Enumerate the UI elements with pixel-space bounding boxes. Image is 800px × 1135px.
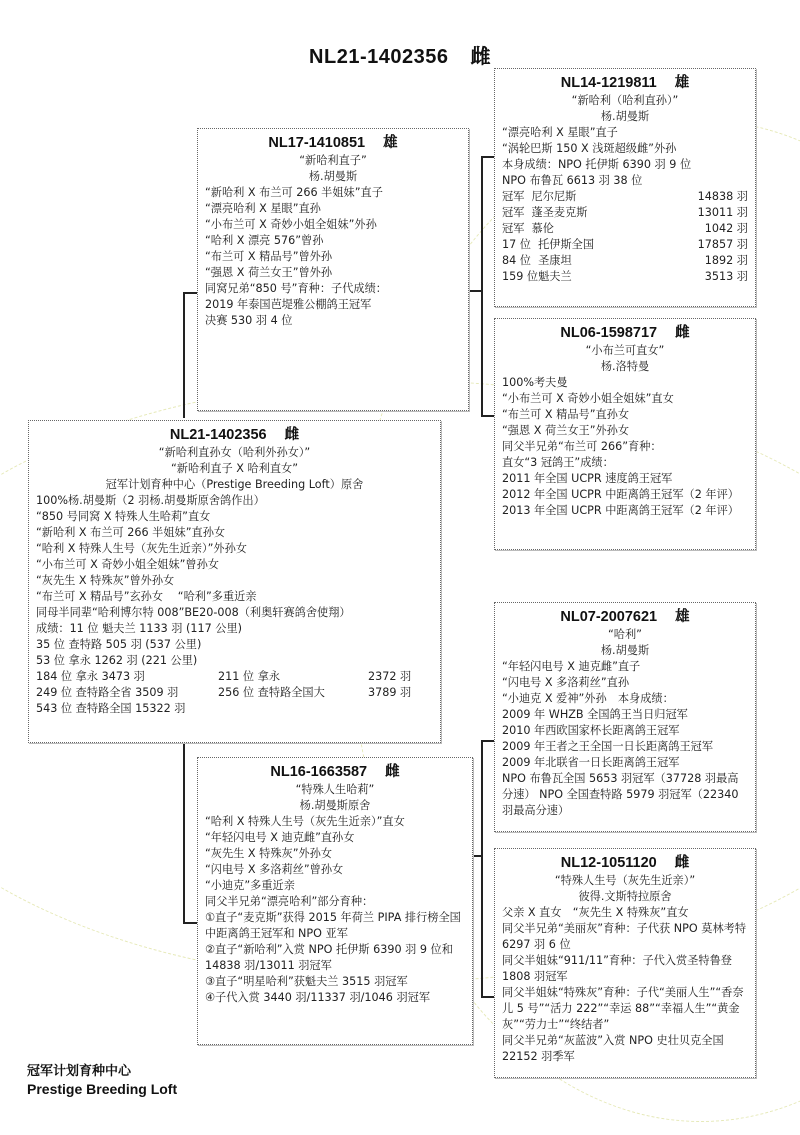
pedigree-card-dam: NL16-1663587雌 “特殊人生哈莉” 杨.胡曼斯原舍 “哈利 X 特殊人…: [197, 757, 473, 1045]
sex-label: 雄: [675, 609, 690, 625]
pedigree-line: 同父半姐妹“特殊灰”育种：子代“美丽人生”“香奈儿 5 号”“活力 222”“幸…: [502, 985, 748, 1033]
pedigree-line: 同父半兄弟“灰蓝波”入赏 NPO 史壮贝克全国 22152 羽季军: [502, 1033, 748, 1065]
ring-number: NL06-1598717: [560, 325, 657, 341]
connector-line: [481, 740, 494, 742]
result-line: 53 位 拿永 1262 羽 (221 公里): [36, 653, 433, 669]
connector-line: [481, 156, 483, 416]
pedigree-line: 100%考夫曼: [502, 375, 748, 391]
ring-number: NL12-1051120: [561, 855, 657, 871]
result-row: 249 位 查特路全省 3509 羽256 位 查特路全国大3789 羽: [36, 685, 433, 701]
pedigree-line: 同母半同辈“哈利博尔特 008”BE20-008（利奥轩赛鸽舍使翔）: [36, 605, 433, 621]
footer-logo-text: 冠军计划育种中心 Prestige Breeding Loft: [27, 1063, 177, 1099]
pedigree-line: “强恩 X 荷兰女王”曾外孙: [205, 265, 461, 281]
pedigree-line: “布兰可 X 精品号”直孙女: [502, 407, 748, 423]
connector-line: [481, 415, 494, 417]
sex-label: 雄: [675, 75, 690, 91]
breeder: 杨.洛特曼: [502, 359, 748, 375]
sex-label: 雌: [675, 855, 690, 871]
result-row: 84 位 圣康坦1892 羽: [502, 253, 748, 269]
pedigree-card-dam-sire: NL07-2007621雄 “哈利” 杨.胡曼斯 “年轻闪电号 X 迪克雌”直子…: [494, 602, 756, 832]
pedigree-line: “闪电号 X 多洛莉丝”曾孙女: [205, 862, 465, 878]
pedigree-line: ①直子“麦克斯”获得 2015 年荷兰 PIPA 排行榜全国中距离鸽王冠军和 N…: [205, 910, 465, 942]
sex-label: 雄: [383, 135, 398, 151]
pedigree-line: “小布兰可 X 奇妙小姐全姐妹”直女: [502, 391, 748, 407]
pedigree-line: “布兰可 X 精品号”玄孙女 “哈利”多重近亲: [36, 589, 433, 605]
pedigree-card-dam-dam: NL12-1051120雌 “特殊人生号（灰先生近亲）” 彼得.文斯特拉原舍 父…: [494, 848, 756, 1078]
connector-line: [183, 922, 197, 924]
connector-line: [481, 156, 494, 158]
pedigree-line: 同父半兄弟“漂亮哈利”部分育种：: [205, 894, 465, 910]
pedigree-line: “新哈利 X 布兰可 266 半姐妹”直孙女: [36, 525, 433, 541]
pedigree-line: 2010 年西欧国家杯长距离鸽王冠军: [502, 723, 748, 739]
pedigree-line: 2009 年北联省一日长距离鸽王冠军: [502, 755, 748, 771]
footer-name-zh: 冠军计划育种中心: [27, 1063, 177, 1080]
result-row: 冠军 慕伦1042 羽: [502, 221, 748, 237]
pedigree-line: “漂亮哈利 X 星眼”直孙: [205, 201, 461, 217]
result-row: 184 位 拿永 3473 羽211 位 拿永2372 羽: [36, 669, 433, 685]
pedigree-line: ②直子“新哈利”入赏 NPO 托伊斯 6390 羽 9 位和 14838 羽/1…: [205, 942, 465, 974]
breeder: 杨.胡曼斯: [502, 643, 748, 659]
pedigree-line: 2019 年泰国芭堤雅公棚鸽王冠军: [205, 297, 461, 313]
pedigree-line: 父亲 X 直女 “灰先生 X 特殊灰”直女: [502, 905, 748, 921]
pedigree-line: NPO 布鲁瓦全国 5653 羽冠军（37728 羽最高分速） NPO 全国查特…: [502, 771, 748, 819]
connector-line: [468, 290, 482, 292]
breeder: 彼得.文斯特拉原舍: [502, 889, 748, 905]
pedigree-card-sire-sire: NL14-1219811雄 “新哈利（哈利直孙）” 杨.胡曼斯 “漂亮哈利 X …: [494, 68, 756, 307]
pedigree-line: “小布兰可 X 奇妙小姐全姐妹”外孙: [205, 217, 461, 233]
pedigree-line: “850 号同窝 X 特殊人生哈莉”直女: [36, 509, 433, 525]
result-row: 159 位魁夫兰3513 羽: [502, 269, 748, 285]
pedigree-line: 同父半兄弟“布兰可 266”育种：: [502, 439, 748, 455]
ring-number: NL17-1410851: [268, 135, 365, 151]
ring-number: NL07-2007621: [560, 609, 657, 625]
card-header: NL07-2007621雄: [502, 608, 748, 627]
result-row: 冠军 尼尔尼斯14838 羽: [502, 189, 748, 205]
card-header: NL06-1598717雌: [502, 324, 748, 343]
breeder: 杨.胡曼斯: [502, 109, 748, 125]
card-header: NL17-1410851雄: [205, 134, 461, 153]
pedigree-line: “布兰可 X 精品号”曾外孙: [205, 249, 461, 265]
pedigree-line: “年轻闪电号 X 迪克雌”直子: [502, 659, 748, 675]
pedigree-line: 2012 年全国 UCPR 中距离鸽王冠军（2 年评） 2013 年全国 UCP…: [502, 487, 748, 519]
card-header: NL14-1219811雄: [502, 74, 748, 93]
nickname: “新哈利（哈利直孙）”: [502, 93, 748, 109]
result-row: 冠军 蓬圣麦克斯13011 羽: [502, 205, 748, 221]
pedigree-line: “涡轮巴斯 150 X 浅斑超级雌”外孙: [502, 141, 748, 157]
connector-line: [481, 740, 483, 997]
pedigree-line: “哈利 X 特殊人生号（灰先生近亲）”直女: [205, 814, 465, 830]
breeder: 冠军计划育种中心（Prestige Breeding Loft）原舍: [36, 477, 433, 493]
result-line: 35 位 查特路 505 羽 (537 公里): [36, 637, 433, 653]
ring-number: NL14-1219811: [561, 75, 657, 91]
connector-line: [183, 743, 185, 923]
nickname: “哈利”: [502, 627, 748, 643]
nickname: “特殊人生哈莉”: [205, 782, 465, 798]
pedigree-line: ④子代入赏 3440 羽/11337 羽/1046 羽冠军: [205, 990, 465, 1006]
card-header: NL16-1663587雌: [205, 763, 465, 782]
nickname: “小布兰可直女”: [502, 343, 748, 359]
pedigree-line: “漂亮哈利 X 星眼”直子: [502, 125, 748, 141]
result-row: 17 位 托伊斯全国17857 羽: [502, 237, 748, 253]
sex-label: 雌: [675, 325, 690, 341]
pedigree-line: 同父半兄弟“美丽灰”育种：子代获 NPO 莫林考特 6297 羽 6 位: [502, 921, 748, 953]
pedigree-card-subject: NL21-1402356雌 “新哈利直孙女（哈利外孙女）” “新哈利直子 X 哈…: [28, 420, 441, 743]
pedigree-line: 决赛 530 羽 4 位: [205, 313, 461, 329]
pedigree-line: “小迪克”多重近亲: [205, 878, 465, 894]
pedigree-line: ③直子“明星哈利”获魁夫兰 3515 羽冠军: [205, 974, 465, 990]
ring-number: NL21-1402356: [170, 427, 267, 443]
card-header: NL21-1402356雌: [36, 426, 433, 445]
pedigree-line: “强恩 X 荷兰女王”外孙女: [502, 423, 748, 439]
pedigree-line: “灰先生 X 特殊灰”曾外孙女: [36, 573, 433, 589]
nickname: “特殊人生号（灰先生近亲）”: [502, 873, 748, 889]
sex-label: 雌: [385, 764, 400, 780]
pedigree-line: 本身成绩：NPO 托伊斯 6390 羽 9 位: [502, 157, 748, 173]
nickname: “新哈利直孙女（哈利外孙女）”: [36, 445, 433, 461]
result-line: 成绩：11 位 魁夫兰 1133 羽 (117 公里): [36, 621, 433, 637]
pedigree-line: “新哈利 X 布兰可 266 半姐妹”直子: [205, 185, 461, 201]
ring-number: NL16-1663587: [270, 764, 367, 780]
pedigree-line: 2009 年 WHZB 全国鸽王当日归冠军: [502, 707, 748, 723]
card-header: NL12-1051120雌: [502, 854, 748, 873]
sex-label: 雌: [285, 427, 300, 443]
pedigree-line: “闪电号 X 多洛莉丝”直孙: [502, 675, 748, 691]
result-row: 543 位 查特路全国 15322 羽: [36, 701, 433, 717]
nickname: “新哈利直子”: [205, 153, 461, 169]
pedigree-line: 同父半姐妹“911/11”育种：子代入赏圣特鲁登 1808 羽冠军: [502, 953, 748, 985]
pedigree-line: NPO 布鲁瓦 6613 羽 38 位: [502, 173, 748, 189]
breeder: 杨.胡曼斯原舍: [205, 798, 465, 814]
pedigree-line: “哈利 X 漂亮 576”曾孙: [205, 233, 461, 249]
connector-line: [183, 292, 185, 418]
pedigree-line: “哈利 X 特殊人生号（灰先生近亲）”外孙女: [36, 541, 433, 557]
page-title: NL21-1402356雌: [0, 40, 800, 69]
connector-line: [481, 996, 494, 998]
pedigree-line: 2009 年王者之王全国一日长距离鸽王冠军: [502, 739, 748, 755]
pedigree-line: 直女“3 冠鸽王”成绩：: [502, 455, 748, 471]
pedigree-line: 100%杨.胡曼斯（2 羽杨.胡曼斯原舍鸽作出）: [36, 493, 433, 509]
title-ring: NL21-1402356: [309, 46, 448, 68]
pedigree-line: 同窝兄弟“850 号”育种：子代成绩：: [205, 281, 461, 297]
pedigree-line: “年轻闪电号 X 迪克雌”直孙女: [205, 830, 465, 846]
footer-name-en: Prestige Breeding Loft: [27, 1080, 177, 1099]
pedigree-line: “小迪克 X 爱神”外孙 本身成绩：: [502, 691, 748, 707]
pedigree-line: “小布兰可 X 奇妙小姐全姐妹”曾孙女: [36, 557, 433, 573]
pedigree-card-sire: NL17-1410851雄 “新哈利直子” 杨.胡曼斯 “新哈利 X 布兰可 2…: [197, 128, 469, 411]
pedigree-line: “灰先生 X 特殊灰”外孙女: [205, 846, 465, 862]
breeder: 杨.胡曼斯: [205, 169, 461, 185]
title-sex: 雌: [470, 46, 491, 68]
pedigree-line: 2011 年全国 UCPR 速度鸽王冠军: [502, 471, 748, 487]
parentage: “新哈利直子 X 哈利直女”: [36, 461, 433, 477]
pedigree-card-sire-dam: NL06-1598717雌 “小布兰可直女” 杨.洛特曼 100%考夫曼 “小布…: [494, 318, 756, 550]
